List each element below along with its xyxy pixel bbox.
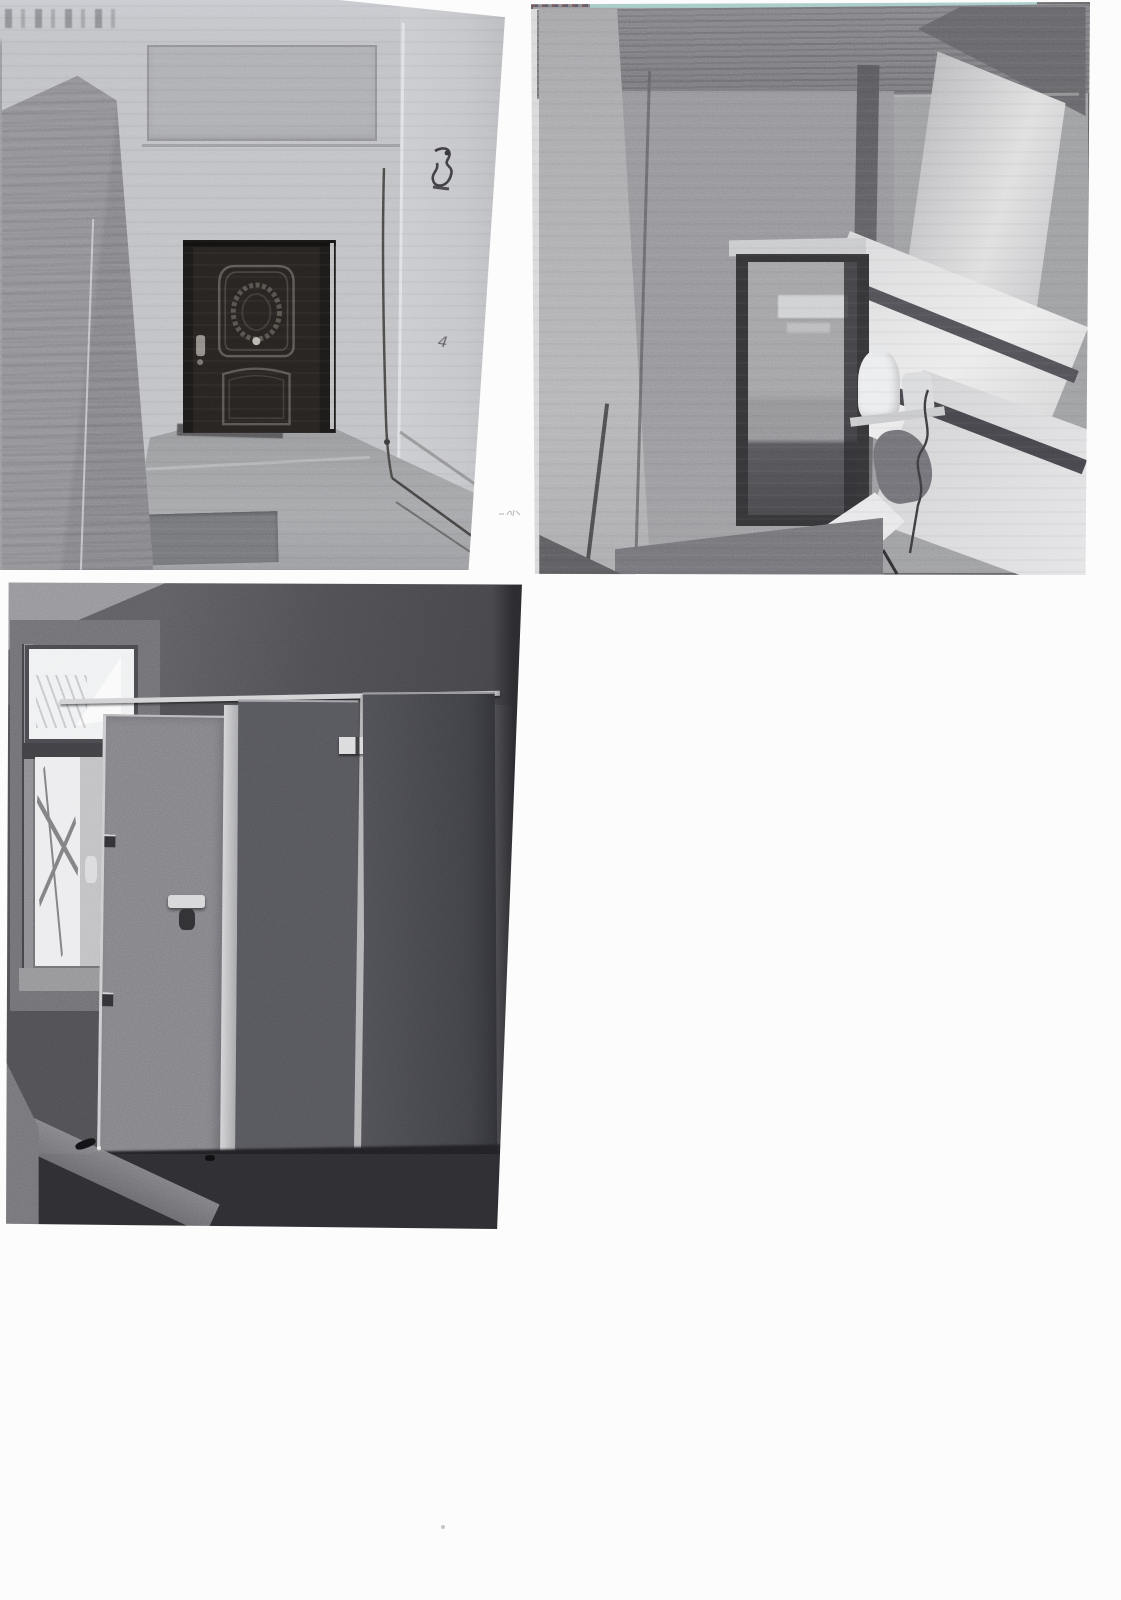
photo-hallway-entrance: 4 [0,0,506,570]
photo-partition-cubicles [5,578,523,1229]
door-hinge-top [104,834,115,848]
floor-corner-patch [5,1060,39,1229]
partition-panel-right [363,692,498,1185]
door-hinge-bottom [102,992,113,1006]
door-keyplate [179,909,196,930]
pencil-scribble [498,506,524,520]
scanline-streaks [0,0,506,570]
dust-speck [441,1525,445,1529]
window-handle [85,856,97,883]
floor-white-speck [97,1146,101,1150]
photo-room-corner-shelves [531,2,1090,575]
scanned-document-page: 4 [0,0,1121,1600]
door-handle-bar [168,895,205,908]
partition-door [97,714,229,1171]
partition-panel-middle [236,699,359,1179]
window-sill [19,968,109,991]
scanline-streaks [531,2,1090,575]
window-bracing-svg [35,757,80,966]
right-edge-shadow [492,585,523,1223]
